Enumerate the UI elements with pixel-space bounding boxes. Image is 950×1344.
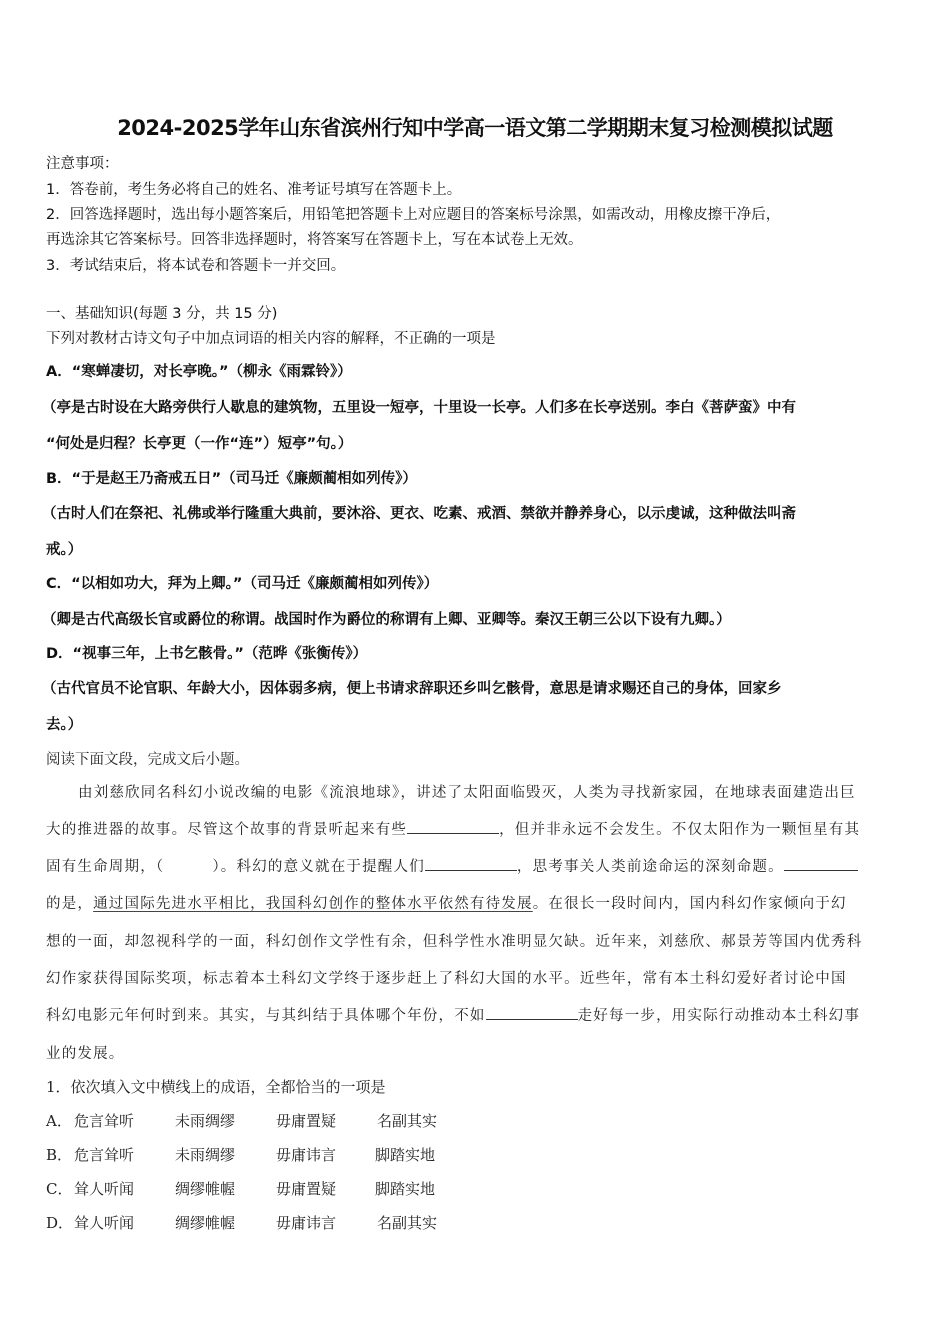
option-d-explanation-1: （古代官员不论官职、年龄大小，因体弱多病，便上书请求辞职还乡叫乞骸骨，意思是请求… [42,677,782,698]
passage-text: 的是， [46,896,93,912]
section-heading: 一、基础知识(每题 3 分，共 15 分) [46,302,277,323]
idiom: 耸人听闻 [74,1178,134,1199]
question-stem: 下列对教材古诗文句子中加点词语的相关内容的解释，不正确的一项是 [46,327,496,348]
option-a-explanation-1: （亭是古时设在大路旁供行人歇息的建筑物，五里设一短亭，十里设一长亭。人们多在长亭… [42,396,796,417]
passage-line-5: 想的一面，却忽视科学的一面，科幻创作文学性有余，但科学性水准明显欠缺。近年来，刘… [46,930,862,951]
passage-text: 大的推进器的故事。尽管这个故事的背景听起来有些 [46,822,407,838]
notice-item-3: 3．考试结束后，将本试卷和答题卡一并交回。 [46,254,345,275]
q1-option-a: A． 危言耸听 未雨绸缪 毋庸置疑 名副其实 [46,1110,466,1130]
page-title: 2024-2025学年山东省滨州行知中学高一语文第二学期期末复习检测模拟试题 [0,112,950,142]
q1-stem: 1．依次填入文中横线上的成语，全都恰当的一项是 [46,1076,386,1097]
q1-option-d: D． 耸人听闻 绸缪帷幄 毋庸讳言 名副其实 [46,1212,466,1232]
option-b-explanation-2: 戒。） [46,538,82,559]
option-a-label: A．“寒蝉凄切，对长亭晚。”（柳永《雨霖铃》） [46,360,352,381]
underlined-sentence: 通过国际先进水平相比，我国科幻创作的整体水平依然有待发展 [93,896,533,912]
reading-instruction: 阅读下面文段，完成文后小题。 [46,748,249,769]
option-label: D． [46,1212,73,1233]
idiom: 绸缪帷幄 [175,1178,235,1199]
option-c-explanation-1: （卿是古代高级长官或爵位的称谓。战国时作为爵位的称谓有上卿、亚卿等。秦汉王朝三公… [42,608,731,629]
blank-4 [486,1005,578,1020]
idiom: 脚踏实地 [375,1178,435,1199]
option-c-label: C．“以相如功大，拜为上卿。”（司马迁《廉颇蔺相如列传》） [46,572,438,593]
passage-line-8: 业的发展。 [46,1042,125,1063]
option-b-label: B．“于是赵王乃斋戒五日”（司马迁《廉颇蔺相如列传》） [46,467,417,488]
passage-line-1: 由刘慈欣同名科幻小说改编的电影《流浪地球》，讲述了太阳面临毁灭，人类为寻找新家园… [78,781,856,802]
idiom: 未雨绸缪 [175,1110,235,1131]
passage-line-4: 的是，通过国际先进水平相比，我国科幻创作的整体水平依然有待发展。在很长一段时间内… [46,892,847,913]
notice-item-2-cont: 再选涂其它答案标号。回答非选择题时，将答案写在答题卡上，写在本试卷上无效。 [46,228,583,249]
blank-3 [784,856,858,871]
passage-text: 走好每一步，用实际行动推动本土科幻事 [578,1008,861,1024]
idiom: 名副其实 [377,1212,437,1233]
idiom: 毋庸置疑 [276,1110,336,1131]
idiom: 毋庸置疑 [276,1178,336,1199]
idiom: 绸缪帷幄 [175,1212,235,1233]
idiom: 毋庸讳言 [276,1212,336,1233]
notice-item-1: 1．答卷前，考生务必将自己的姓名、准考证号填写在答题卡上。 [46,178,461,199]
blank-2 [425,856,517,871]
q1-option-b: B． 危言耸听 未雨绸缪 毋庸讳言 脚踏实地 [46,1144,466,1164]
idiom: 危言耸听 [74,1110,134,1131]
idiom: 危言耸听 [74,1144,134,1165]
idiom: 未雨绸缪 [175,1144,235,1165]
q1-option-c: C． 耸人听闻 绸缪帷幄 毋庸置疑 脚踏实地 [46,1178,466,1198]
passage-text: 科幻电影元年何时到来。其实，与其纠结于具体哪个年份，不如 [46,1008,486,1024]
option-label: B． [46,1144,72,1165]
passage-text: ，思考事关人类前途命运的深刻命题。 [517,859,784,875]
option-d-explanation-2: 去。） [46,713,82,734]
passage-text: 。在很长一段时间内，国内科幻作家倾向于幻 [533,896,847,912]
passage-line-7: 科幻电影元年何时到来。其实，与其纠结于具体哪个年份，不如走好每一步，用实际行动推… [46,1004,860,1025]
idiom: 脚踏实地 [375,1144,435,1165]
passage-line-2: 大的推进器的故事。尽管这个故事的背景听起来有些，但并非永远不会发生。不仅太阳作为… [46,818,860,839]
notice-item-2: 2．回答选择题时，选出每小题答案后，用铅笔把答题卡上对应题目的答案标号涂黑，如需… [46,203,780,224]
passage-text: ，但并非永远不会发生。不仅太阳作为一颗恒星有其 [499,822,860,838]
blank-1 [407,819,499,834]
passage-line-6: 幻作家获得国际奖项，标志着本土科幻文学终于逐步赶上了科幻大国的水平。近些年，常有… [46,967,847,988]
notice-heading: 注意事项： [46,152,119,173]
option-d-label: D．“视事三年，上书乞骸骨。”（范晔《张衡传》） [46,642,367,663]
idiom: 名副其实 [377,1110,437,1131]
option-a-explanation-2: “何处是归程？长亭更（一作“连”）短亭”句。） [46,432,352,453]
option-b-explanation-1: （古时人们在祭祀、礼佛或举行隆重大典前，要沐浴、更衣、吃素、戒酒、禁欲并静养身心… [42,502,796,523]
idiom: 毋庸讳言 [276,1144,336,1165]
passage-text: ）。科幻的意义就在于提醒人们 [212,859,425,875]
idiom: 耸人听闻 [74,1212,134,1233]
passage-text: 固有生命周期，（ [46,859,164,875]
exam-page: 2024-2025学年山东省滨州行知中学高一语文第二学期期末复习检测模拟试题 注… [0,0,950,1344]
passage-line-3: 固有生命周期，（）。科幻的意义就在于提醒人们，思考事关人类前途命运的深刻命题。 [46,855,858,876]
option-label: C． [46,1178,72,1199]
option-label: A． [46,1110,72,1131]
